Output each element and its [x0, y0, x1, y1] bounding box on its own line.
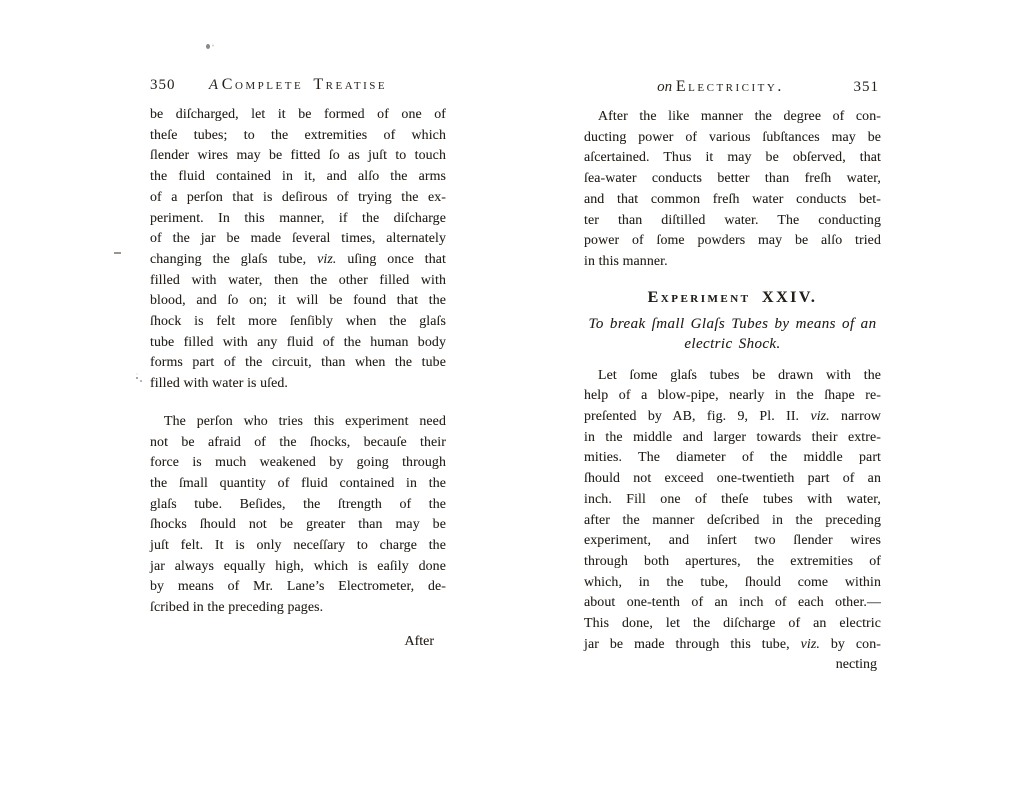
- text-line: ſcribed in the preceding pages.: [150, 598, 446, 619]
- running-title-text: Complete Treatise: [222, 76, 387, 93]
- text-line: in the middle and larger towards their e…: [584, 428, 881, 449]
- text-line: ſhould not exceed one-twentieth part of …: [584, 469, 881, 490]
- text-line: After the like manner the degree of con-: [584, 107, 881, 128]
- text-line: through both apertures, the extremities …: [584, 552, 881, 573]
- text-line: aſcertained. Thus it may be obſerved, th…: [584, 148, 881, 169]
- text-line: blood, and ſo on; it will be found that …: [150, 291, 446, 312]
- left-page-number: 350: [150, 77, 176, 94]
- right-page-header: on Electricity. 351: [584, 78, 881, 99]
- text-line: electric Shock.: [584, 334, 881, 354]
- text-line: of the jar be made ſeveral times, altern…: [150, 229, 446, 250]
- right-page-number: 351: [854, 79, 880, 96]
- text-line: in this manner.: [584, 252, 881, 273]
- text-line: power of ſome powders may be alſo tried: [584, 231, 881, 252]
- paragraph: Let ſome glaſs tubes be drawn with thehe…: [584, 366, 881, 656]
- paragraph: After the like manner the degree of con-…: [584, 107, 881, 273]
- catchword: After: [150, 632, 446, 653]
- ink-smudge: [206, 44, 210, 49]
- text-line: ſlender wires may be fitted ſo as juſt t…: [150, 146, 446, 167]
- text-line: mities. The diameter of the middle part: [584, 448, 881, 469]
- text-line: ſea-water conducts better than freſh wat…: [584, 169, 881, 190]
- text-line: ducting power of various ſubſtances may …: [584, 128, 881, 149]
- text-line: filled with water, then the other filled…: [150, 271, 446, 292]
- book-scan-spread: 350 A Complete Treatise be diſcharged, l…: [0, 0, 1024, 791]
- text-line: ſhock is felt more ſenſibly when the gla…: [150, 312, 446, 333]
- experiment-subtitle: To break ſmall Glaſs Tubes by means of a…: [584, 314, 881, 354]
- text-line: juſt felt. It is only neceſſary to charg…: [150, 536, 446, 557]
- text-line: filled with water is uſed.: [150, 374, 446, 395]
- text-line: tube filled with any fluid of the human …: [150, 333, 446, 354]
- text-line: about one-tenth of an inch of each other…: [584, 593, 881, 614]
- paragraph-continuation: be diſcharged, let it be formed of one o…: [150, 105, 446, 395]
- text-line: theſe tubes; to the extremities of which: [150, 126, 446, 147]
- text-line: after the manner deſcribed in the preced…: [584, 511, 881, 532]
- catchword: necting: [584, 655, 881, 676]
- text-line: of a perſon that is deſirous of trying t…: [150, 188, 446, 209]
- text-line: help of a blow-pipe, nearly in the ſhape…: [584, 386, 881, 407]
- text-line: which, in the tube, ſhould come within: [584, 573, 881, 594]
- text-line: glaſs tube. Beſides, the ſtrength of the: [150, 495, 446, 516]
- text-line: ter than diſtilled water. The conducting: [584, 211, 881, 232]
- text-line: the fluid contained in it, and alſo the …: [150, 167, 446, 188]
- ink-speck: [114, 252, 121, 254]
- paragraph: The perſon who tries this experiment nee…: [150, 412, 446, 619]
- text-line: be diſcharged, let it be formed of one o…: [150, 105, 446, 126]
- ink-speck: [136, 377, 138, 379]
- text-line: inch. Fill one of theſe tubes with water…: [584, 490, 881, 511]
- text-line: the ſmall quantity of fluid contained in…: [150, 474, 446, 495]
- text-line: The perſon who tries this experiment nee…: [150, 412, 446, 433]
- text-line: Let ſome glaſs tubes be drawn with the: [584, 366, 881, 387]
- running-title-prefix: A: [209, 77, 218, 93]
- text-line: jar be made through this tube, viz. by c…: [584, 635, 881, 656]
- left-page: 350 A Complete Treatise be diſcharged, l…: [150, 76, 446, 653]
- text-line: changing the glaſs tube, viz. uſing once…: [150, 250, 446, 271]
- experiment-heading: Experiment XXIV.: [584, 289, 881, 307]
- text-line: ſhocks ſhould not be greater than may be: [150, 515, 446, 536]
- running-title-prefix: on: [657, 79, 672, 95]
- right-page: on Electricity. 351 After the like manne…: [584, 78, 881, 676]
- left-page-header: 350 A Complete Treatise: [150, 76, 446, 97]
- text-line: preſented by AB, fig. 9, Pl. II. viz. na…: [584, 407, 881, 428]
- text-line: experiment, and inſert two ſlender wires: [584, 531, 881, 552]
- text-line: forms part of the circuit, than when the…: [150, 353, 446, 374]
- text-line: not be afraid of the ſhocks, becauſe the…: [150, 433, 446, 454]
- text-line: and that common freſh water conducts bet…: [584, 190, 881, 211]
- text-line: jar always equally high, which is eaſily…: [150, 557, 446, 578]
- text-line: force is much weakened by going through: [150, 453, 446, 474]
- left-running-title: A Complete Treatise: [150, 76, 446, 94]
- text-line: This done, let the diſcharge of an elect…: [584, 614, 881, 635]
- running-title-text: Electricity.: [676, 78, 784, 95]
- text-line: by means of Mr. Lane’s Electrometer, de-: [150, 577, 446, 598]
- text-line: To break ſmall Glaſs Tubes by means of a…: [584, 314, 881, 334]
- text-line: periment. In this manner, if the diſchar…: [150, 209, 446, 230]
- right-running-title: on Electricity.: [572, 78, 869, 96]
